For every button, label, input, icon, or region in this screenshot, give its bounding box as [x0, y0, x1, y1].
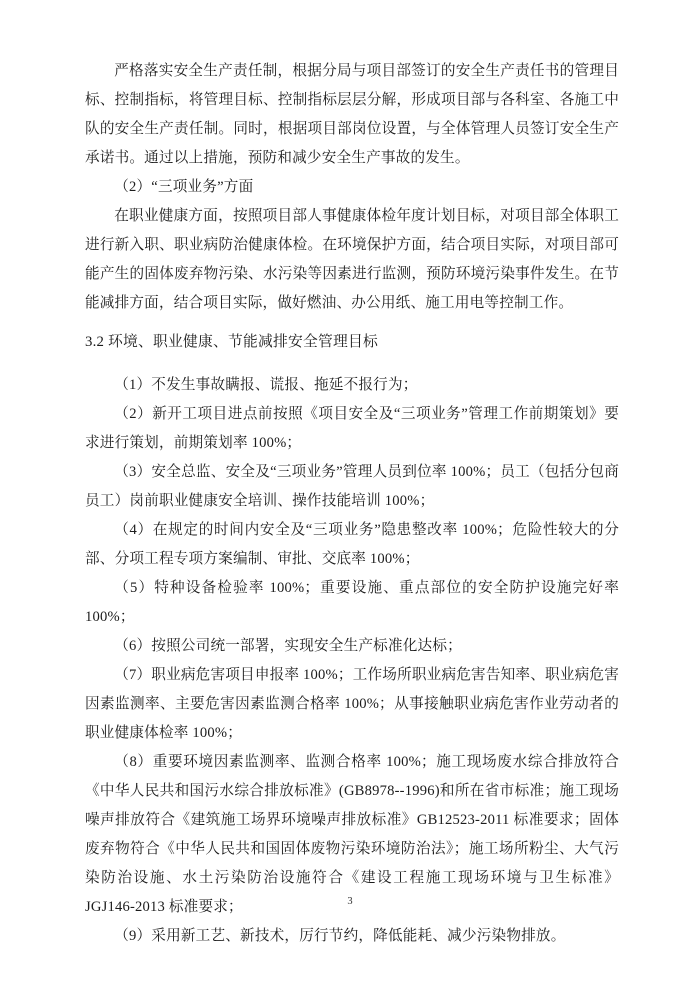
- body-paragraph: 在职业健康方面，按照项目部人事健康体检年度计划目标，对项目部全体职工进行新入职、…: [85, 202, 619, 318]
- target-list-item: （4）在规定的时间内安全及“三项业务”隐患整改率 100%；危险性较大的分部、分…: [85, 516, 619, 574]
- target-list-item: （9）采用新工艺、新技术，厉行节约，降低能耗、减少污染物排放。: [85, 922, 619, 951]
- body-paragraph: （2）“三项业务”方面: [85, 173, 619, 202]
- target-list-item: （1）不发生事故瞒报、谎报、拖延不报行为；: [85, 371, 619, 400]
- page-number: 3: [0, 896, 700, 907]
- section-heading: 3.2 环境、职业健康、节能减排安全管理目标: [85, 328, 619, 357]
- document-page: 严格落实安全生产责任制，根据分局与项目部签订的安全生产责任书的管理目标、控制指标…: [0, 0, 700, 990]
- target-list-item: （6）按照公司统一部署，实现安全生产标准化达标；: [85, 632, 619, 661]
- target-list-item: （3）安全总监、安全及“三项业务”管理人员到位率 100%；员工（包括分包商员工…: [85, 458, 619, 516]
- target-list-item: （2）新开工项目进点前按照《项目安全及“三项业务”管理工作前期策划》要求进行策划…: [85, 400, 619, 458]
- document-content: 严格落实安全生产责任制，根据分局与项目部签订的安全生产责任书的管理目标、控制指标…: [85, 57, 619, 951]
- target-list-item: （5）特种设备检验率 100%；重要设施、重点部位的安全防护设施完好率 100%…: [85, 574, 619, 632]
- target-list-item: （7）职业病危害项目申报率 100%；工作场所职业病危害告知率、职业病危害因素监…: [85, 661, 619, 748]
- body-paragraph: 严格落实安全生产责任制，根据分局与项目部签订的安全生产责任书的管理目标、控制指标…: [85, 57, 619, 173]
